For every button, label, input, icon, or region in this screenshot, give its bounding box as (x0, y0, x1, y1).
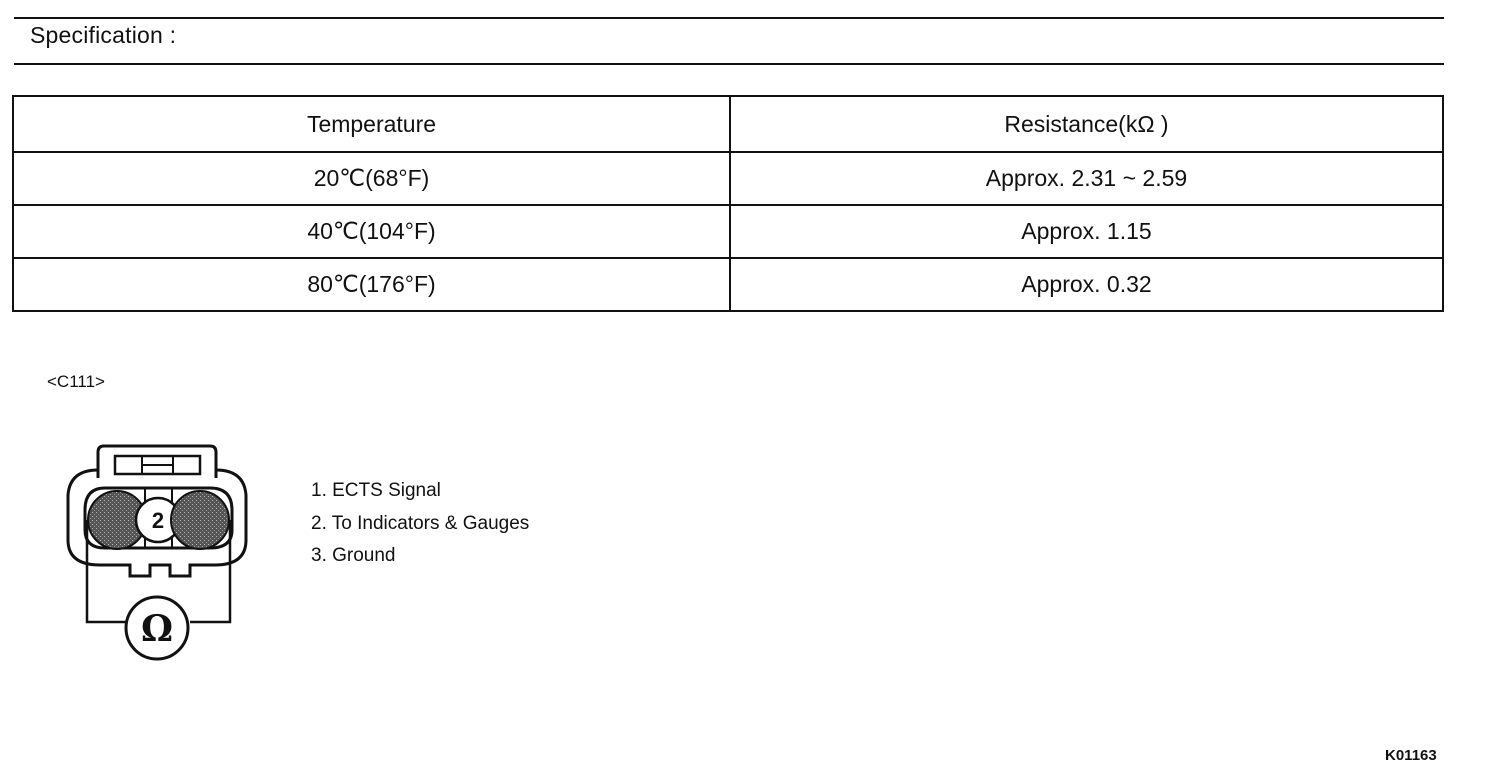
temperature-cell: 80℃(176°F) (13, 258, 730, 311)
terminal-2-label: 2 (152, 508, 164, 533)
column-header-temperature: Temperature (13, 96, 730, 152)
page-title: Specification : (30, 22, 176, 49)
table-row: 40℃(104°F) Approx. 1.15 (13, 205, 1443, 258)
figure-code: K01163 (1385, 747, 1437, 764)
table-header-row: Temperature Resistance(kΩ ) (13, 96, 1443, 152)
pin-legend: 1. ECTS Signal 2. To Indicators & Gauges… (311, 478, 529, 576)
temperature-cell: 40℃(104°F) (13, 205, 730, 258)
ohmmeter-icon: Ω (126, 597, 188, 659)
resistance-cell: Approx. 0.32 (730, 258, 1443, 311)
header-rule-bottom (14, 63, 1444, 65)
terminal-3 (171, 491, 229, 549)
pin-legend-item: 1. ECTS Signal (311, 478, 529, 511)
resistance-cell: Approx. 1.15 (730, 205, 1443, 258)
column-header-resistance: Resistance(kΩ ) (730, 96, 1443, 152)
table-row: 20℃(68°F) Approx. 2.31 ~ 2.59 (13, 152, 1443, 205)
connector-id-label: <C111> (47, 372, 105, 392)
temperature-cell: 20℃(68°F) (13, 152, 730, 205)
connector-latch (98, 446, 216, 478)
pin-legend-item: 2. To Indicators & Gauges (311, 511, 529, 544)
connector-diagram: 2 Ω (60, 440, 260, 670)
header-rule-top (14, 17, 1444, 19)
ohm-symbol: Ω (141, 608, 173, 650)
table-row: 80℃(176°F) Approx. 0.32 (13, 258, 1443, 311)
pin-legend-item: 3. Ground (311, 543, 529, 576)
specification-table: Temperature Resistance(kΩ ) 20℃(68°F) Ap… (12, 95, 1444, 312)
resistance-cell: Approx. 2.31 ~ 2.59 (730, 152, 1443, 205)
